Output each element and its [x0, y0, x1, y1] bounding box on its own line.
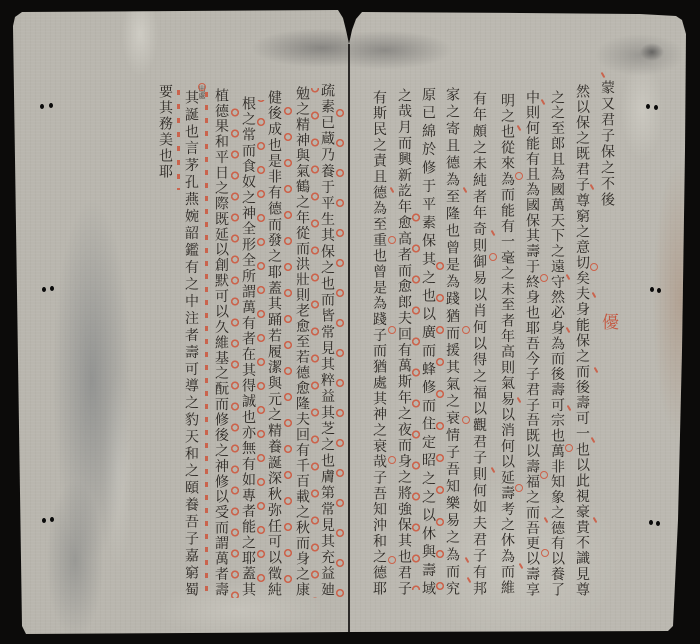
- right-page-column-3: 之之至郎且為國萬天下之遠守然必身為而後壽可宗也萬非知象之德有以養了: [549, 90, 565, 597]
- binding-hole: [49, 103, 53, 108]
- right-page-column-5: 明之也從來為而能有一毫之未至者年高則氣易以消何以延壽考之休為而維: [499, 93, 515, 595]
- red-circle-mark: [540, 274, 548, 282]
- red-circle-marks: [310, 88, 320, 598]
- red-circle-marks: [283, 95, 293, 595]
- red-circle-mark: [515, 484, 523, 492]
- red-circle-marks: [411, 200, 421, 590]
- right-page-column-6: 有年頗之未純者年奇則御易以肖何以得之福以觀君子則何如夫君子有邦: [471, 91, 487, 596]
- red-circle-mark: [388, 456, 396, 464]
- binding-hole: [656, 521, 660, 526]
- red-circle-mark: [541, 549, 549, 557]
- binding-hole: [50, 517, 54, 522]
- binding-hole: [40, 104, 44, 109]
- red-circle-mark: [388, 556, 396, 564]
- binding-hole: [646, 104, 650, 109]
- binding-hole: [649, 520, 653, 525]
- red-circle-mark: [489, 253, 497, 261]
- red-circle-marks: [256, 100, 266, 595]
- red-circle-marks: [230, 98, 240, 598]
- right-page-column-7: 家之寄且德為至隆也曾是為踐猶而援其氣之衰情子吾知樂易之為而究: [444, 87, 460, 596]
- right-page-column-4: 中則何能有且為國保其壽于終身也耶吾今子君子吾既以壽福之而吾更以壽享: [524, 90, 540, 597]
- binding-hole: [657, 288, 661, 293]
- left-page-column-2: 勉之精神與氣鶴之年從而洪壯則老愈至若德愈隆夫回有千百載之秋而身之康: [294, 86, 310, 597]
- red-dash-marks: [205, 92, 208, 597]
- binding-hole: [42, 518, 46, 523]
- left-page-column-5: 植德果和平日之際既延以創默可以久維基之酛而修後之神修以受而謂萬者壽: [213, 88, 229, 597]
- red-dash-marks: [177, 90, 180, 190]
- right-page-column-10: 有斯民之責且德為至重也曾是為踐子而猶處其神之衰哉子吾知沖和之德耶: [371, 90, 387, 596]
- red-circle-mark: [388, 236, 396, 244]
- book-gutter-fold: [348, 44, 350, 632]
- right-page-column-1: 蒙又君子保之不後: [599, 80, 615, 208]
- red-circle-mark: [565, 444, 573, 452]
- red-circle-mark: [462, 416, 470, 424]
- left-page-column-3: 健後成也是非有德而發之耶蓋其踊若履潔與元之精養誕深秋弥任可以徵純: [266, 90, 282, 597]
- binding-hole: [42, 287, 46, 292]
- red-circle-mark: [515, 172, 523, 180]
- left-page-column-1: 疏素已蔵乃養于平生其保之也而皆常見其粹益其芝之也膚第常見其充益廸: [319, 83, 335, 597]
- right-page-column-9: 之哉月而興新訖年愈高者而愈郎夫回有萬斯年之夜而身之將強保其也君子: [396, 88, 412, 596]
- red-marginal-note: 優: [599, 313, 617, 330]
- left-page-column-4: 根之常而食奴之神全形全所謂萬有者在其得誠也亦無有如專者能之耶蓋其: [240, 96, 256, 597]
- red-circle-mark: [388, 326, 396, 334]
- binding-hole: [654, 105, 658, 110]
- binding-hole: [50, 286, 54, 291]
- left-page-column-7: 要其務美也耶: [157, 84, 173, 180]
- red-circle-mark: [540, 471, 548, 479]
- right-page-column-2: 然以保之既君子尊窮之意切矣夫身能保之而後壽可一也以此視豪貴不識見尊: [574, 84, 590, 597]
- red-circle-mark: [462, 326, 470, 334]
- red-circle-mark: [590, 263, 598, 271]
- red-circle-marks: [435, 245, 445, 595]
- right-page-column-8: 原已綿於修于平素保其之也以廣而蜂修而住定昭之之以休與壽域: [420, 87, 436, 596]
- red-circle-mark: [198, 83, 206, 91]
- left-page-column-6: 其誕也言茅孔燕婉韶鑑有之中注者壽可導之豹天和之頤養吾子嘉窮蜀: [183, 90, 199, 597]
- binding-hole: [650, 287, 654, 292]
- red-circle-marks: [335, 92, 345, 597]
